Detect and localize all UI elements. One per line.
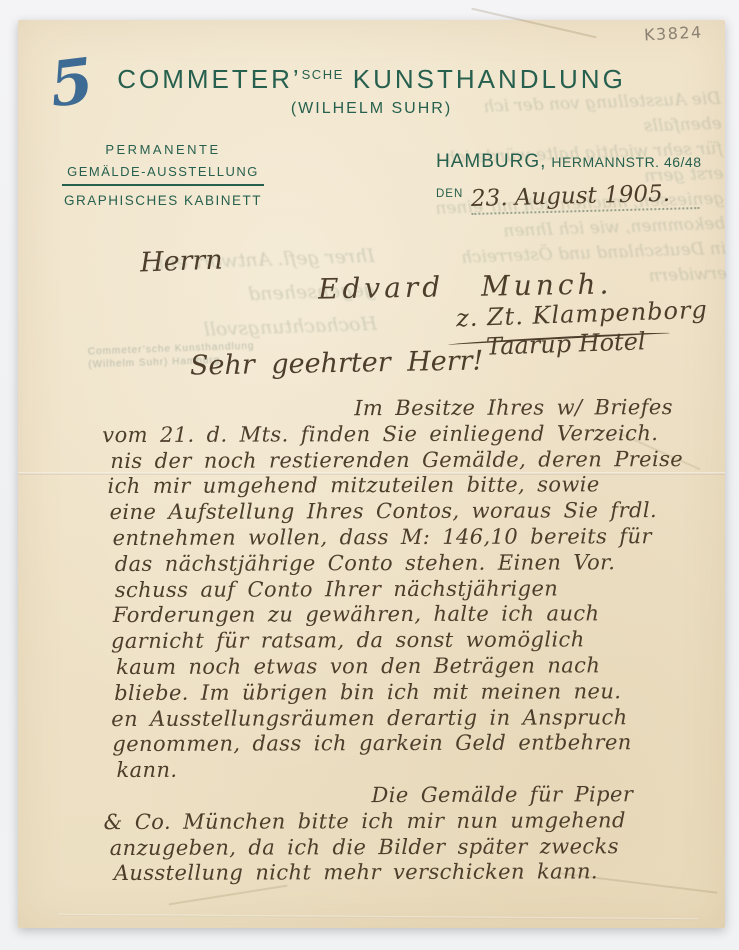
letter-body-line: das nächstjährige Conto stehen. Einen Vo… [115, 550, 715, 578]
letter-greeting: Sehr geehrter Herr! [190, 345, 484, 381]
bottom-fold-crease [58, 914, 698, 920]
letter-body-line: vom 21. d. Mts. finden Sie einliegend Ve… [102, 421, 714, 449]
letter-body-line: schuss auf Conto Ihrer nächstjährigen [115, 576, 715, 604]
bleedthrough-line: in Deutschland und Österreich [422, 237, 727, 273]
letter-body-line: en Ausstellungsräumen derartig in Anspru… [111, 704, 715, 732]
letterhead-left-line1: PERMANENTE [62, 142, 264, 157]
letterhead-left-line2: GEMÄLDE-AUSSTELLUNG [62, 164, 264, 179]
letter-body-line: Forderungen zu gewähren, halte ich auch [113, 601, 715, 629]
bleedthrough-line: bekommen, wie ich Ihnen [421, 212, 726, 248]
letter-body-line: anzugeben, da ich die Bilder später zwec… [110, 833, 716, 861]
letterhead-title: COMMETER’SCHEKUNSTHANDLUNG [18, 64, 725, 95]
letter-body-line: & Co. München bitte ich mir nun umgehend [104, 808, 716, 836]
letterhead-subtitle: (WILHELM SUHR) [18, 100, 725, 118]
letterhead-divider [62, 184, 264, 186]
letter-body-line: garnicht für ratsam, da sonst womöglich [111, 627, 715, 655]
recipient-prefix: Herrn [139, 245, 223, 279]
letter-body-line: bliebe. Im übrigen bin ich mit meinen ne… [114, 679, 715, 707]
letterhead-title-prefix: COMMETER’ [117, 64, 301, 94]
letter-body-line: kann. [116, 756, 715, 784]
letter-body-line: ich mir umgehend mitzuteilen bitte, sowi… [107, 472, 714, 500]
letter-body: Im Besitze Ihres w/ Briefesvom 21. d. Mt… [102, 395, 716, 887]
letterhead-title-tail: KUNSTHANDLUNG [353, 64, 626, 94]
letterhead-right-block: HAMBURG,HERMANNSTR. 46/48 DEN23. August … [436, 151, 702, 212]
bottom-left-crease [169, 885, 288, 905]
bleedthrough-line: Hochachtungsvoll [77, 307, 378, 351]
letterhead-address-line: HAMBURG,HERMANNSTR. 46/48 [436, 151, 702, 173]
recipient-hotel: Taarup Hotel [486, 327, 646, 361]
letterhead-city: HAMBURG, [436, 151, 546, 172]
inventory-number: K3824 [644, 22, 704, 44]
letter-body-line: kaum noch etwas von den Beträgen nach [116, 653, 715, 681]
letter-body-line: Im Besitze Ihres w/ Briefes [354, 395, 714, 422]
letterhead-left-line3: GRAPHISCHES KABINETT [62, 193, 264, 208]
letter-body-line: nis der noch restierenden Gemälde, deren… [110, 447, 714, 475]
letterhead-street: HERMANNSTR. 46/48 [551, 154, 701, 170]
top-crease [471, 8, 596, 38]
letter-body-line: entnehmen wollen, dass M: 146,10 bereits… [113, 524, 715, 552]
letterhead-title-superscript: SCHE [302, 67, 344, 82]
letter-body-line: eine Aufstellung Ihres Contos, woraus Si… [110, 498, 715, 526]
letterhead-date-line: DEN23. August 1905. [436, 183, 702, 212]
date-label: DEN [436, 188, 463, 200]
letter-body-line: Ausstellung nicht mehr verschicken kann. [114, 859, 716, 887]
letter-body-line: genommen, dass ich garkein Geld entbehre… [112, 730, 715, 758]
letter-body-line: Die Gemälde für Piper [371, 782, 715, 809]
letter-sheet: Die Ausstellung von der ich ebenfallsfür… [18, 20, 725, 928]
letterhead-left-block: PERMANENTE GEMÄLDE-AUSSTELLUNG GRAPHISCH… [62, 142, 264, 208]
handwritten-date: 23. August 1905. [471, 180, 700, 215]
